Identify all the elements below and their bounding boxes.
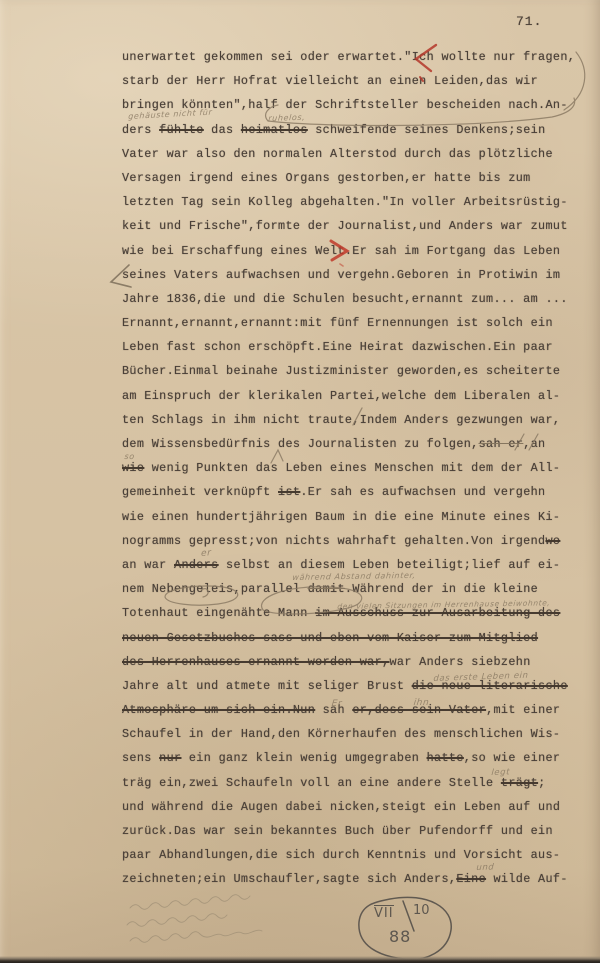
typed-text: Schaufel in der Hand,den Körnerhaufen de… <box>122 727 560 741</box>
typed-text: und während die Augen dabei nicken,steig… <box>122 800 560 814</box>
stamp-roman-numeral: VII <box>374 905 394 921</box>
pencil-annotation: legt <box>491 767 510 778</box>
typescript-line: Jahre 1836,die und die Schulen besucht,e… <box>122 291 592 315</box>
typed-text: zeichneten;ein Umschaufler,sagte sich An… <box>122 872 456 886</box>
struck-text: Atmosphäre um sich ein.Nun <box>122 703 315 717</box>
typescript-block: unerwartet gekommen sei oder erwartet."I… <box>122 49 592 896</box>
typed-text: selbst an diesem Leben beteiligt;lief au… <box>219 558 561 572</box>
typed-text: träg ein,zwei Schaufeln voll an eine and… <box>122 776 501 790</box>
struck-text: wie <box>122 461 144 475</box>
manuscript-page: 71. unerwartet gekommen sei oder erwarte… <box>0 0 600 963</box>
typed-text: Vater war also den normalen Alterstod du… <box>122 147 553 161</box>
typescript-line: Jahre alt und atmete mit seliger Brust d… <box>122 678 592 702</box>
struck-text: nur <box>159 751 181 765</box>
typescript-line: ten Schlags in ihm nicht traute,Indem An… <box>122 412 592 436</box>
struck-text: sah er <box>479 437 524 451</box>
typescript-line: neuen Gesetzbuches sass und eben vom Kai… <box>122 630 592 654</box>
typescript-line: wie einen hundertjährigen Baum in die ei… <box>122 509 592 533</box>
typescript-line: keit und Frische",formte der Journalist,… <box>122 218 592 242</box>
struck-text: hatte <box>427 751 464 765</box>
typescript-line: zurück.Das war sein bekanntes Buch über … <box>122 823 592 847</box>
typescript-line: Ernannt,ernannt,ernannt:mit fünf Ernennu… <box>122 315 592 339</box>
typed-text: ders <box>122 123 159 137</box>
typed-text: starb der Herr Hofrat vielleicht an eine… <box>122 74 538 88</box>
typescript-line: Bücher.Einmal beinahe Justizminister gew… <box>122 363 592 387</box>
struck-text: neuen Gesetzbuches sass und eben vom Kai… <box>122 631 538 645</box>
typed-text: Jahre alt und atmete mit seliger Brust <box>122 679 412 693</box>
struck-text: trägt <box>501 776 538 790</box>
typed-text: Jahre 1836,die und die Schulen besucht,e… <box>122 292 568 306</box>
typescript-line: Atmosphäre um sich ein.Nun sah er,dess s… <box>122 702 592 726</box>
typescript-line: träg ein,zwei Schaufeln voll an eine and… <box>122 775 592 799</box>
pencil-annotation: ihn <box>413 698 430 708</box>
typescript-line: ders fühlte das heimatlos schweifende se… <box>122 122 592 146</box>
typed-text: .Er sah es aufwachsen und vergehn <box>300 485 545 499</box>
typescript-line: dem Wissensbedürfnis des Journalisten zu… <box>122 436 592 460</box>
struck-text: heimatlos <box>241 123 308 137</box>
pencil-annotation: so <box>124 452 135 461</box>
typed-text: Leben fast schon erschöpft.Eine Heirat d… <box>122 340 553 354</box>
typed-text: dem Wissensbedürfnis des Journalisten zu… <box>122 437 479 451</box>
struck-text: wo <box>545 534 560 548</box>
typed-text: .Während der in die kleine <box>345 582 538 596</box>
typed-text: Totenhaut eingenähte Mann <box>122 606 315 620</box>
typescript-line: am Einspruch der klerikalen Partei,welch… <box>122 388 592 412</box>
stamp-denominator: 88 <box>389 927 411 946</box>
pencil-annotation: Er <box>331 699 343 709</box>
typed-text: ,so wie einer <box>464 751 561 765</box>
typed-text: unerwartet gekommen sei oder erwartet."I… <box>122 50 575 64</box>
typescript-line: Versagen irgend eines Organs gestorben,e… <box>122 170 592 194</box>
typed-text: ,an <box>523 437 545 451</box>
typed-text: zurück.Das war sein bekanntes Buch über … <box>122 824 553 838</box>
typescript-line: seines Vaters aufwachsen und vergehn.Geb… <box>122 267 592 291</box>
typescript-line: unerwartet gekommen sei oder erwartet."I… <box>122 49 592 73</box>
typed-text: an war <box>122 558 174 572</box>
typed-text: nem Nebengeleis,parallel <box>122 582 308 596</box>
struck-text: fühlte <box>159 123 204 137</box>
typed-text: schweifende seines Denkens;sein <box>308 123 546 137</box>
typed-text: gemeinheit verknüpft <box>122 485 278 499</box>
typescript-line: Vater war also den normalen Alterstod du… <box>122 146 592 170</box>
typescript-line: nogramms gepresst;von nichts wahrhaft ge… <box>122 533 592 557</box>
struck-text: Anders <box>174 558 219 572</box>
typed-text: wilde Auf- <box>486 872 568 886</box>
stamp-slash-value: 10 <box>413 903 430 918</box>
typed-text: ,mit einer <box>486 703 560 717</box>
typed-text: keit und Frische",formte der Journalist,… <box>122 219 568 233</box>
typed-text: war Anders siebzehn <box>389 655 530 669</box>
pencil-annotation: er <box>201 548 212 559</box>
typescript-line: Schaufel in der Hand,den Körnerhaufen de… <box>122 726 592 750</box>
typed-text: sens <box>122 751 159 765</box>
pencil-annotation: ruhelos, <box>268 113 306 123</box>
typed-text: nogramms gepresst;von nichts wahrhaft ge… <box>122 534 545 548</box>
typed-text: letzten Tag sein Kolleg abgehalten."In v… <box>122 195 568 209</box>
typed-text: das <box>204 123 241 137</box>
struck-text: des Herrenhauses ernannt worden war, <box>122 655 389 669</box>
typescript-line: sens nur ein ganz klein wenig umgegraben… <box>122 750 592 774</box>
typescript-line: und während die Augen dabei nicken,steig… <box>122 799 592 823</box>
scan-edge <box>0 956 600 963</box>
illegible-pencil-notes <box>127 895 262 943</box>
typescript-line: wie wenig Punkten das Leben eines Mensch… <box>122 460 592 484</box>
typescript-line: wie bei Erschaffung eines Welt.Er sah im… <box>122 243 592 267</box>
typescript-line: gemeinheit verknüpft ist.Er sah es aufwa… <box>122 484 592 508</box>
typed-text: am Einspruch der klerikalen Partei,welch… <box>122 389 560 403</box>
typed-text: wie bei Erschaffung eines Welt.Er sah im… <box>122 244 560 258</box>
typescript-line: Leben fast schon erschöpft.Eine Heirat d… <box>122 339 592 363</box>
page-number: 71. <box>516 14 542 29</box>
typed-text: ein ganz klein wenig umgegraben <box>181 751 426 765</box>
typescript-line: zeichneten;ein Umschaufler,sagte sich An… <box>122 871 592 895</box>
typed-text: Versagen irgend eines Organs gestorben,e… <box>122 171 531 185</box>
typed-text: ten Schlags in ihm nicht traute,Indem An… <box>122 413 560 427</box>
typescript-line: paar Abhandlungen,die sich durch Kenntni… <box>122 847 592 871</box>
pencil-annotation: und <box>476 862 495 873</box>
typed-text: ; <box>538 776 545 790</box>
typed-text: paar Abhandlungen,die sich durch Kenntni… <box>122 848 560 862</box>
typescript-line: letzten Tag sein Kolleg abgehalten."In v… <box>122 194 592 218</box>
typed-text: Bücher.Einmal beinahe Justizminister gew… <box>122 364 560 378</box>
typescript-line: starb der Herr Hofrat vielleicht an eine… <box>122 73 592 97</box>
struck-text: damit <box>308 582 345 596</box>
typed-text: Ernannt,ernannt,ernannt:mit fünf Ernennu… <box>122 316 553 330</box>
typed-text: wie einen hundertjährigen Baum in die ei… <box>122 510 560 524</box>
struck-text: Eine <box>456 872 486 886</box>
typed-text: seines Vaters aufwachsen und vergehn.Geb… <box>122 268 560 282</box>
typed-text: wenig Punkten das Leben eines Menschen m… <box>144 461 560 475</box>
struck-text: ist <box>278 485 300 499</box>
